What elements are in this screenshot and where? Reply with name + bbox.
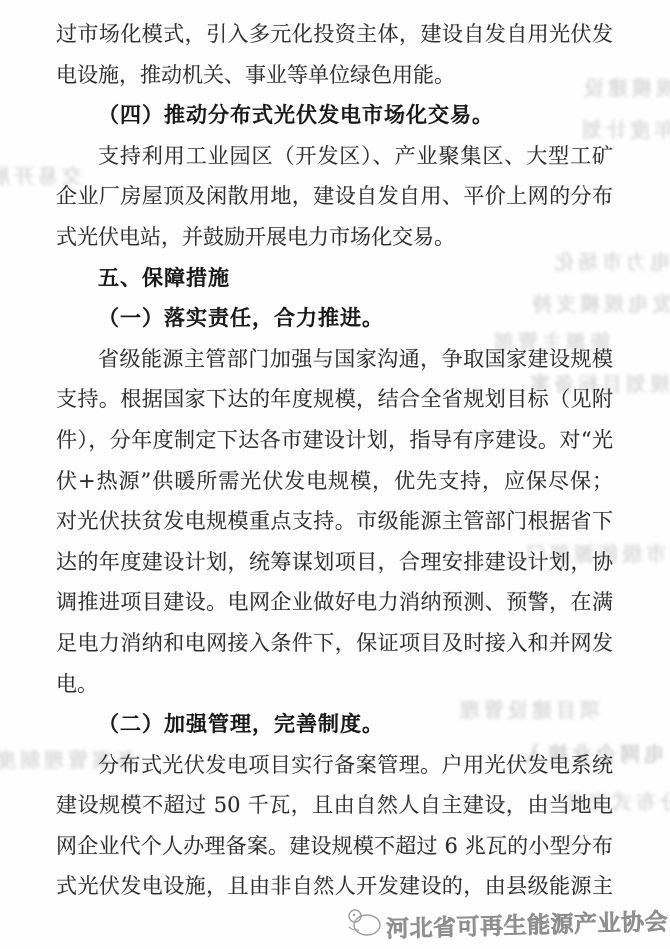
association-logo-icon (343, 903, 385, 943)
document-body: 过市场化模式，引入多元化投资主体，建设自发自用光伏发 电设施，推动机关、事业等单… (56, 14, 613, 907)
body-line: 调推进项目建设。电网企业做好电力消纳预测、预警，在满 (56, 582, 613, 623)
body-line: 式光伏电站，并鼓励开展电力市场化交易。 (56, 217, 613, 258)
body-line: 网企业代个人办理备案。建设规模不超过 6 兆瓦的小型分布 (56, 826, 613, 867)
section-heading-4: （四）推动分布式光伏发电市场化交易。 (56, 95, 613, 136)
body-line: 足电力消纳和电网接入条件下，保证项目及时接入和并网发 (56, 623, 613, 664)
section-heading-2: （二）加强管理，完善制度。 (56, 704, 613, 745)
body-line: 件），分年度制定下达各市建设计划，指导有序建设。对“光 (56, 420, 613, 461)
section-heading-1: （一）落实责任，合力推进。 (56, 298, 613, 339)
body-line: 建设规模不超过 50 千瓦，且由自然人自主建设，由当地电 (56, 785, 613, 826)
body-line: 过市场化模式，引入多元化投资主体，建设自发自用光伏发 (56, 14, 613, 55)
body-line: 支持利用工业园区（开发区）、产业聚集区、大型工矿 (56, 136, 613, 177)
body-line: 伏+热源”供暖所需光伏发电规模，优先支持，应保尽保； (56, 461, 613, 502)
document-page: 规模建设 年度计划 电力市场化 发电规模支持 能源主管部 规划目标备案 市级能源… (0, 0, 670, 949)
body-line: 企业厂房屋顶及闲散用地，建设自发自用、平价上网的分布 (56, 176, 613, 217)
watermark: 河北省可再生能源产业协会 (343, 903, 668, 943)
body-line: 省级能源主管部门加强与国家沟通，争取国家建设规模 (56, 339, 613, 380)
watermark-text: 河北省可再生能源产业协会 (386, 903, 669, 943)
body-line: 对光伏扶贫发电规模重点支持。市级能源主管部门根据省下 (56, 501, 613, 542)
body-line: 电设施，推动机关、事业等单位绿色用能。 (56, 55, 613, 96)
chapter-heading-5: 五、保障措施 (56, 258, 613, 299)
body-line: 分布式光伏发电项目实行备案管理。户用光伏发电系统 (56, 745, 613, 786)
body-line: 支持。根据国家下达的年度规模，结合全省规划目标（见附 (56, 379, 613, 420)
body-line: 电。 (56, 664, 613, 705)
body-line: 达的年度建设计划，统筹谋划项目，合理安排建设计划，协 (56, 542, 613, 583)
body-line: 式光伏发电设施，且由非自然人开发建设的，由县级能源主 (56, 866, 613, 907)
